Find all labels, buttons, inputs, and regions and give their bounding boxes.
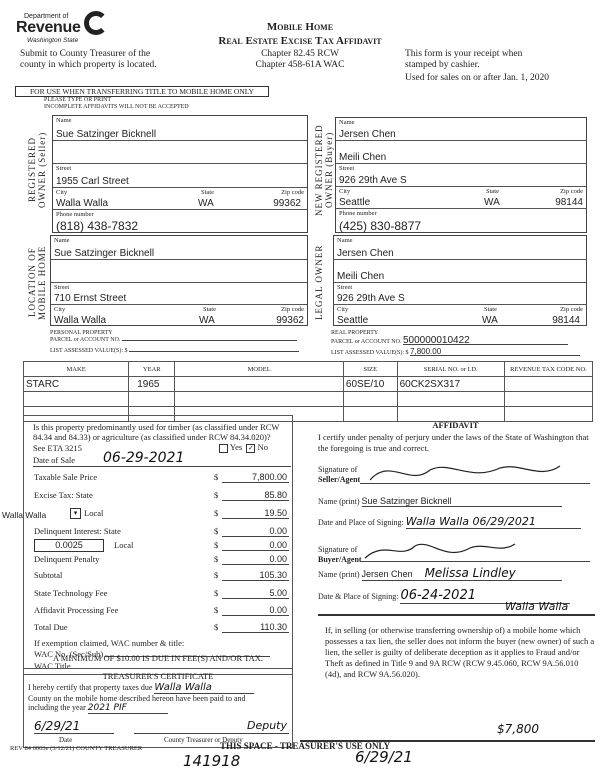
delinquent-state-value[interactable]: 0.00 [222,526,289,537]
buyer-state: WA [484,197,500,208]
seller-phone-field[interactable]: Phone number (818) 438-7832 [53,210,307,233]
legal-city: Seattle [337,315,368,326]
buyer-sig-label1: Signature of [318,545,362,555]
name-label: Name [337,237,353,244]
seller-city-field[interactable]: City Walla Walla State WA Zip code 99362 [53,188,307,210]
tax-row-processing-fee: Affidavit Processing Fee$ 0.00 [34,604,289,616]
location-state: WA [199,315,215,326]
legal-city-field[interactable]: City Seattle State WA Zip code 98144 [334,305,586,326]
subtotal-label: Subtotal [34,570,62,580]
table-row: STARC 1965 60SE/10 60CK2SX317 [24,377,593,392]
cell-size[interactable]: 60SE/10 [343,377,397,392]
processing-fee-label: Affidavit Processing Fee [34,605,118,615]
subtotal-value[interactable]: 105.30 [222,570,289,581]
buyer-name2-field[interactable]: Meili Chen [336,141,586,164]
yes-checkbox[interactable] [219,444,228,453]
dor-logo: Department of Revenue Washington State [16,11,106,45]
date-of-sale-value: 06-29-2021 [103,450,184,466]
date-of-sale-label: Date of Sale [33,455,75,465]
street-label: Street [337,284,352,291]
excise-state-value[interactable]: 85.80 [222,490,289,501]
seller-name2-field[interactable] [53,141,307,164]
location-name2-field[interactable] [51,260,307,283]
legal-name2-field[interactable]: Meili Chen [334,260,586,283]
pp-label1: PERSONAL PROPERTY [50,330,297,337]
tax-row-excise-local: Local$ 19.50 [84,507,289,519]
table-header-row: MAKE YEAR MODEL SIZE SERIAL NO. or I.D. … [24,362,593,377]
name-label: Name [54,237,70,244]
legal-owner-section-label: LEGAL OWNER [314,240,330,325]
legal-street: 926 29th Ave S [337,293,405,304]
zip-label: Zip code [560,306,583,313]
zip-label: Zip code [281,306,304,313]
pp-parcel-block: PERSONAL PROPERTY PARCEL or ACCOUNT NO. [50,330,297,344]
city-label: City [339,188,350,195]
rp-assessed-input[interactable]: 7,800.00 [410,348,580,356]
seller-state: WA [198,198,214,209]
buyer-place: Walla Walla [505,600,568,613]
location-section-label-2: MOBILE HOME [37,240,47,325]
cell-serial[interactable]: 60CK2SX317 [397,377,504,392]
cert-line3-text: including the year [28,703,86,712]
taxable-price-label: Taxable Sale Price [34,472,97,482]
tax-row-taxable-price: Taxable Sale Price$ 7,800.00 [34,471,289,483]
buyer-name-print-input[interactable]: Jersen Chen Melissa Lindley [362,566,562,581]
affidavit: AFFIDAVIT I certify under penalty of per… [318,420,593,454]
cell-model[interactable] [175,392,344,407]
street-label: Street [339,165,354,172]
excise-local-label: Local [84,508,103,518]
total-due-value[interactable]: 110.30 [222,622,289,633]
city-label: City [337,306,348,313]
legal-owner-label: LEGAL OWNER [314,240,324,325]
excise-state-label: Excise Tax: State [34,490,93,500]
cell-make[interactable] [24,392,129,407]
city-label: City [56,189,67,196]
name-label: Name [56,117,72,124]
receipt-note: This form is your receipt when stamped b… [405,49,522,71]
cell-model[interactable] [175,377,344,392]
location-city: Walla Walla [54,315,106,326]
buyer-signature-field[interactable] [360,540,590,562]
location-section-label-1: LOCATION OF [27,240,37,325]
cert-date-label: Date [59,736,72,744]
transfer-banner: FOR USE WHEN TRANSFERRING TITLE TO MOBIL… [15,86,269,97]
location-dropdown-icon[interactable]: ▾ [70,508,81,519]
treasurer-certificate: TREASURER'S CERTIFICATE I hereby certify… [23,668,293,748]
cell-year[interactable] [129,392,175,407]
col-year: YEAR [129,362,175,377]
buyer-street-field[interactable]: Street 926 29th Ave S [336,164,586,187]
see-eta: See ETA 3215 [33,443,82,453]
buyer-phone: (425) 830-8877 [339,219,421,233]
legal-state: WA [482,315,498,326]
col-model: MODEL [175,362,344,377]
tax-row-delinquent-penalty: Delinquent Penalty$ 0.00 [34,553,289,565]
col-serial: SERIAL NO. or I.D. [397,362,504,377]
cert-year[interactable]: 2021 PIF [88,703,168,714]
buyer-date-place-label: Date & Place of Signing: [318,592,398,601]
cell-year[interactable]: 1965 [129,377,175,392]
buyer-name-print: Name (print) Jersen Chen Melissa Lindley [318,566,562,581]
tax-row-tech-fee: State Technology Fee$ 5.00 [34,587,289,599]
seller-city: Walla Walla [56,198,108,209]
seller-box: Name Sue Satzinger Bicknell Street 1955 … [52,115,308,233]
pp-label2: PARCEL or ACCOUNT NO. [50,337,120,343]
logo-line3: Washington State [27,37,78,44]
mobile-home-table: MAKE YEAR MODEL SIZE SERIAL NO. or I.D. … [23,361,593,422]
instructions: PLEASE TYPE OR PRINT INCOMPLETE AFFIDAVI… [44,97,189,111]
buyer-name2: Meili Chen [339,152,386,163]
seller-section-label-1: REGISTERED [27,120,37,220]
seller-street-field[interactable]: Street 1955 Carl Street [53,164,307,188]
rp-label2: PARCEL or ACCOUNT NO. [331,339,401,345]
buyer-street: 926 29th Ave S [339,175,407,186]
table-row [24,392,593,407]
pp-parcel-input[interactable] [122,340,297,341]
legal-owner-box: Name Jersen Chen Meili Chen Street 926 2… [333,235,587,326]
receipt-number: 141918 [183,752,240,770]
delinquent-penalty-label: Delinquent Penalty [34,554,99,564]
legal-zip: 98144 [552,315,580,326]
buyer-signature-icon [360,540,590,562]
delinquent-local-label: Local [114,540,133,550]
seller-date-place-input[interactable]: Walla Walla 06/29/2021 [406,515,581,529]
seller-section-label: REGISTERED OWNER (Seller) [27,120,53,220]
street-label: Street [54,284,69,291]
sales-note: Used for sales on or after Jan. 1, 2020 [405,73,549,83]
cert-line2: County on the mobile home described here… [28,694,292,703]
cert-line3: including the year 2021 PIF [28,703,292,714]
dor-swirl-icon [84,11,108,35]
seller-signature-field[interactable] [360,462,590,484]
cert-line1-text: I hereby certify that property taxes due [28,683,152,692]
rp-parcel-block: REAL PROPERTY PARCEL or ACCOUNT NO. 5000… [331,330,568,346]
state-label: State [486,188,499,195]
legal-name-field[interactable]: Name Jersen Chen [334,236,586,260]
cell-make[interactable]: STARC [24,377,129,392]
buyer-signature-label: Signature of Buyer/Agent [318,545,362,565]
deputy-note: Deputy [247,719,287,732]
treasurer-signature[interactable]: Deputy [134,719,289,734]
cert-title: TREASURER'S CERTIFICATE [24,671,292,681]
cell-tax-code[interactable] [504,392,592,407]
name-label: Name [339,119,355,126]
tech-fee-label: State Technology Fee [34,588,107,598]
affidavit-title: AFFIDAVIT [318,420,593,430]
phone-label: Phone number [339,210,377,217]
state-label: State [484,306,497,313]
tax-calculation-box: Is this property predominantly used for … [23,415,293,675]
form-title-line1: Mobile Home [200,20,400,34]
chapter-wac: Chapter 458-61A WAC [200,60,400,71]
state-label: State [201,189,214,196]
buyer-name-print-label: Name (print) [318,570,360,579]
submit-note-line2: county in which property is located. [20,60,157,71]
col-tax-code: REVENUE TAX CODE NO. [504,362,592,377]
instruction-type-print: PLEASE TYPE OR PRINT [44,97,189,104]
exemption-label: If exemption claimed, WAC number & title… [34,638,184,648]
cell-size[interactable] [343,392,397,407]
location-name: Sue Satzinger Bicknell [54,248,154,259]
legal-name: Jersen Chen [337,248,394,259]
pp-assessed-input[interactable] [129,351,299,352]
buyer-city-field[interactable]: City Seattle State WA Zip code 98144 [336,187,586,209]
col-make: MAKE [24,362,129,377]
timber-question: Is this property predominantly used for … [33,422,288,442]
tax-row-subtotal: Subtotal$ 105.30 [34,569,289,581]
affidavit-divider [318,614,595,616]
stamp-date: 6/29/21 [355,748,413,766]
location-zip: 99362 [276,315,304,326]
affidavit-certify-text: I certify under penalty of perjury under… [318,432,593,454]
chapter-rcw: Chapter 82.45 RCW [200,49,400,60]
receipt-note-line1: This form is your receipt when [405,49,522,60]
buyer-name-typed: Jersen Chen [362,569,413,579]
zip-label: Zip code [560,188,583,195]
processing-fee-value[interactable]: 0.00 [222,605,289,616]
seller-name-print: Name (print) Sue Satzinger Bicknell [318,496,562,507]
total-due-label: Total Due [34,622,68,632]
location-street: 710 Ernst Street [54,293,126,304]
minimum-note: A MINIMUM OF $10.00 IS DUE IN FEE(S) AND… [23,653,293,663]
tech-fee-value[interactable]: 5.00 [222,588,289,599]
lien-warning: If, in selling (or otherwise transferrin… [325,625,595,680]
seller-sig-label1: Signature of [318,465,360,475]
instruction-incomplete: INCOMPLETE AFFIDAVITS WILL NOT BE ACCEPT… [44,104,189,111]
no-checkbox[interactable]: ✓ [246,444,255,453]
seller-section-label-2: OWNER (Seller) [37,120,47,220]
buyer-name-handwritten: Melissa Lindley [425,566,516,580]
cell-serial[interactable] [397,392,504,407]
logo-line2: Revenue [16,19,81,37]
delinquent-penalty-value[interactable]: 0.00 [222,554,289,565]
chapters: Chapter 82.45 RCW Chapter 458-61A WAC [200,49,400,71]
seller-name: Sue Satzinger Bicknell [56,129,156,140]
seller-street: 1955 Carl Street [56,176,129,187]
rp-assessed-block: LIST ASSESSED VALUE(S): $ 7,800.00 [331,348,580,357]
seller-name-print-label: Name (print) [318,497,360,506]
date-of-sale-field[interactable]: Date of Sale 06-29-2021 [33,453,291,467]
pp-assessed-block: LIST ASSESSED VALUE(S): $ [50,348,299,355]
buyer-zip: 98144 [555,197,583,208]
submit-note-line1: Submit to County Treasurer of the [20,49,157,60]
cell-tax-code[interactable] [504,377,592,392]
city-label: City [54,306,65,313]
tax-row-excise-state: Excise Tax: State$ 85.80 [34,489,289,501]
timber-choice: Yes ✓ No [219,442,268,453]
location-city-field[interactable]: City Walla Walla State WA Zip code 99362 [51,305,307,326]
cert-line1: I hereby certify that property taxes due… [28,682,292,694]
buyer-city: Seattle [339,197,370,208]
state-label: State [203,306,216,313]
seller-signature-icon [360,462,590,484]
seller-name-print-input[interactable]: Sue Satzinger Bicknell [362,496,562,507]
location-street-field[interactable]: Street 710 Ernst Street [51,283,307,305]
yes-label: Yes [230,442,242,452]
seller-zip: 99362 [273,198,301,209]
form-title-line2: Real Estate Excise Tax Affidavit [200,34,400,48]
col-size: SIZE [343,362,397,377]
buyer-section-label-1: NEW REGISTERED [314,120,324,220]
street-label: Street [56,165,71,172]
rp-assessed-label: LIST ASSESSED VALUE(S): $ [331,350,409,356]
buyer-name-field[interactable]: Name Jersen Chen [336,118,586,141]
local-rate-field[interactable]: 0.0025 [34,539,104,552]
submit-note: Submit to County Treasurer of the county… [20,49,157,71]
cert-date[interactable]: 6/29/21 [34,719,114,734]
rp-parcel-input[interactable]: 500000010422 [403,337,568,345]
seller-sig-label2: Seller/Agent [318,475,360,485]
taxable-price-value[interactable]: 7,800.00 [222,472,289,483]
pp-assessed-label: LIST ASSESSED VALUE(S): $ [50,348,128,354]
location-select-value: Walla Walla [2,510,46,520]
buyer-box: Name Jersen Chen Meili Chen Street 926 2… [335,117,587,233]
form-title: Mobile Home Real Estate Excise Tax Affid… [200,20,400,48]
excise-local-value[interactable]: 19.50 [222,508,289,519]
seller-name-field[interactable]: Name Sue Satzinger Bicknell [53,116,307,141]
seller-phone: (818) 438-7832 [56,219,138,233]
seller-signature-label: Signature of Seller/Agent [318,465,360,485]
phone-label: Phone number [56,211,94,218]
location-name-field[interactable]: Name Sue Satzinger Bicknell [51,236,307,260]
receipt-note-line2: stamped by cashier. [405,60,522,71]
form-id: REV 84 0003e (3/12/21) COUNTY TREASURER [10,745,142,752]
tax-row-delinquent-local: Local$ 0.00 [114,539,289,551]
legal-street-field[interactable]: Street 926 29th Ave S [334,283,586,305]
location-box: Name Sue Satzinger Bicknell Street 710 E… [50,235,308,326]
delinquent-local-value[interactable]: 0.00 [222,540,289,551]
buyer-section-label-2: OWNER (Buyer) [324,120,334,220]
no-label: No [258,442,268,452]
zip-label: Zip code [281,189,304,196]
buyer-name: Jersen Chen [339,129,396,140]
amount-note: $7,800 [497,722,539,736]
seller-date-place: Date and Place of Signing: Walla Walla 0… [318,515,581,529]
seller-date-place-label: Date and Place of Signing: [318,518,404,527]
delinquent-state-label: Delinquent Interest: State [34,526,121,536]
buyer-sig-label2: Buyer/Agent [318,555,362,565]
tax-row-total-due: Total Due$ 110.30 [34,621,289,633]
tax-row-delinquent-state: Delinquent Interest: State$ 0.00 [34,525,289,537]
legal-name2: Meili Chen [337,271,384,282]
buyer-phone-field[interactable]: Phone number (425) 830-8877 [336,209,586,233]
cert-county[interactable]: Walla Walla [154,682,254,694]
